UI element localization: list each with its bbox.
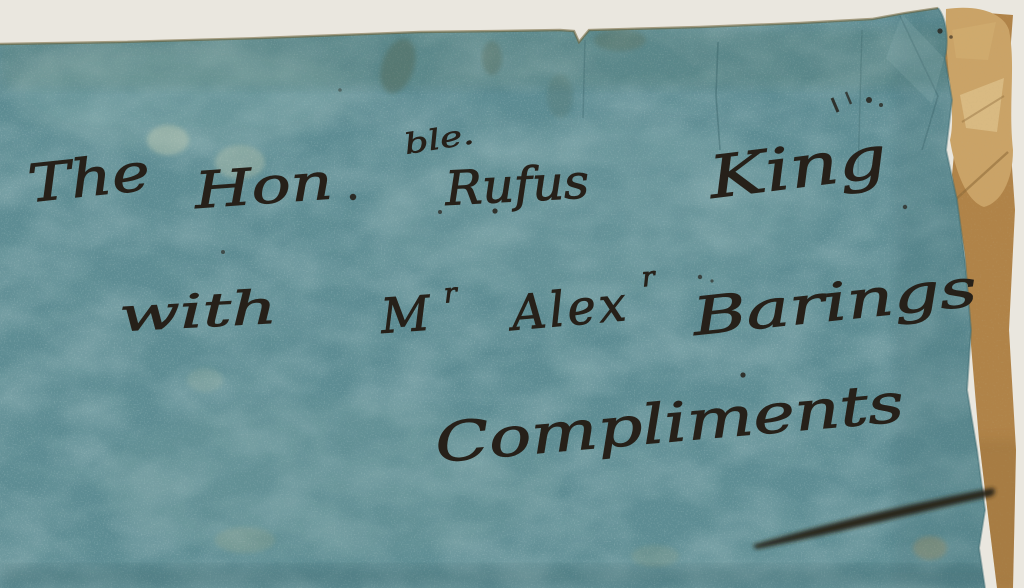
ink-speck bbox=[438, 210, 442, 214]
inscription-line1-rufus: Rufus bbox=[443, 155, 591, 218]
ink-speck bbox=[221, 250, 225, 254]
stain-light bbox=[187, 368, 223, 392]
ink-speck bbox=[866, 97, 872, 103]
stain-yellow bbox=[631, 545, 679, 567]
stain-light bbox=[147, 125, 189, 155]
ink-speck bbox=[710, 279, 713, 282]
manuscript-photo-canvas: The Hon ble. Rufus King with M r Alex r … bbox=[0, 0, 1024, 588]
ink-speck bbox=[949, 35, 953, 39]
stain-dark bbox=[594, 29, 646, 51]
ink-speck bbox=[740, 372, 745, 377]
inscription-line1-hon: Hon bbox=[191, 152, 334, 220]
line2-m: M bbox=[378, 286, 434, 345]
stain-tan bbox=[913, 536, 947, 560]
ink-speck bbox=[338, 88, 342, 92]
ink-speck bbox=[903, 205, 907, 209]
stain-dark bbox=[547, 74, 573, 118]
line2-alex: Alex bbox=[505, 276, 631, 342]
stain-yellow bbox=[215, 527, 275, 553]
stain-dark bbox=[482, 41, 502, 75]
ink-speck bbox=[492, 208, 497, 213]
paper-bottom-shading bbox=[0, 565, 1024, 588]
ink-speck bbox=[350, 194, 356, 200]
photo-of-manuscript: The Hon ble. Rufus King with M r Alex r … bbox=[0, 0, 1024, 588]
inscription-line1-the: The bbox=[25, 143, 153, 215]
inscription-line2-with: with bbox=[118, 280, 279, 342]
ink-speck bbox=[879, 103, 883, 107]
ink-speck bbox=[937, 28, 942, 33]
ink-speck bbox=[698, 275, 702, 279]
